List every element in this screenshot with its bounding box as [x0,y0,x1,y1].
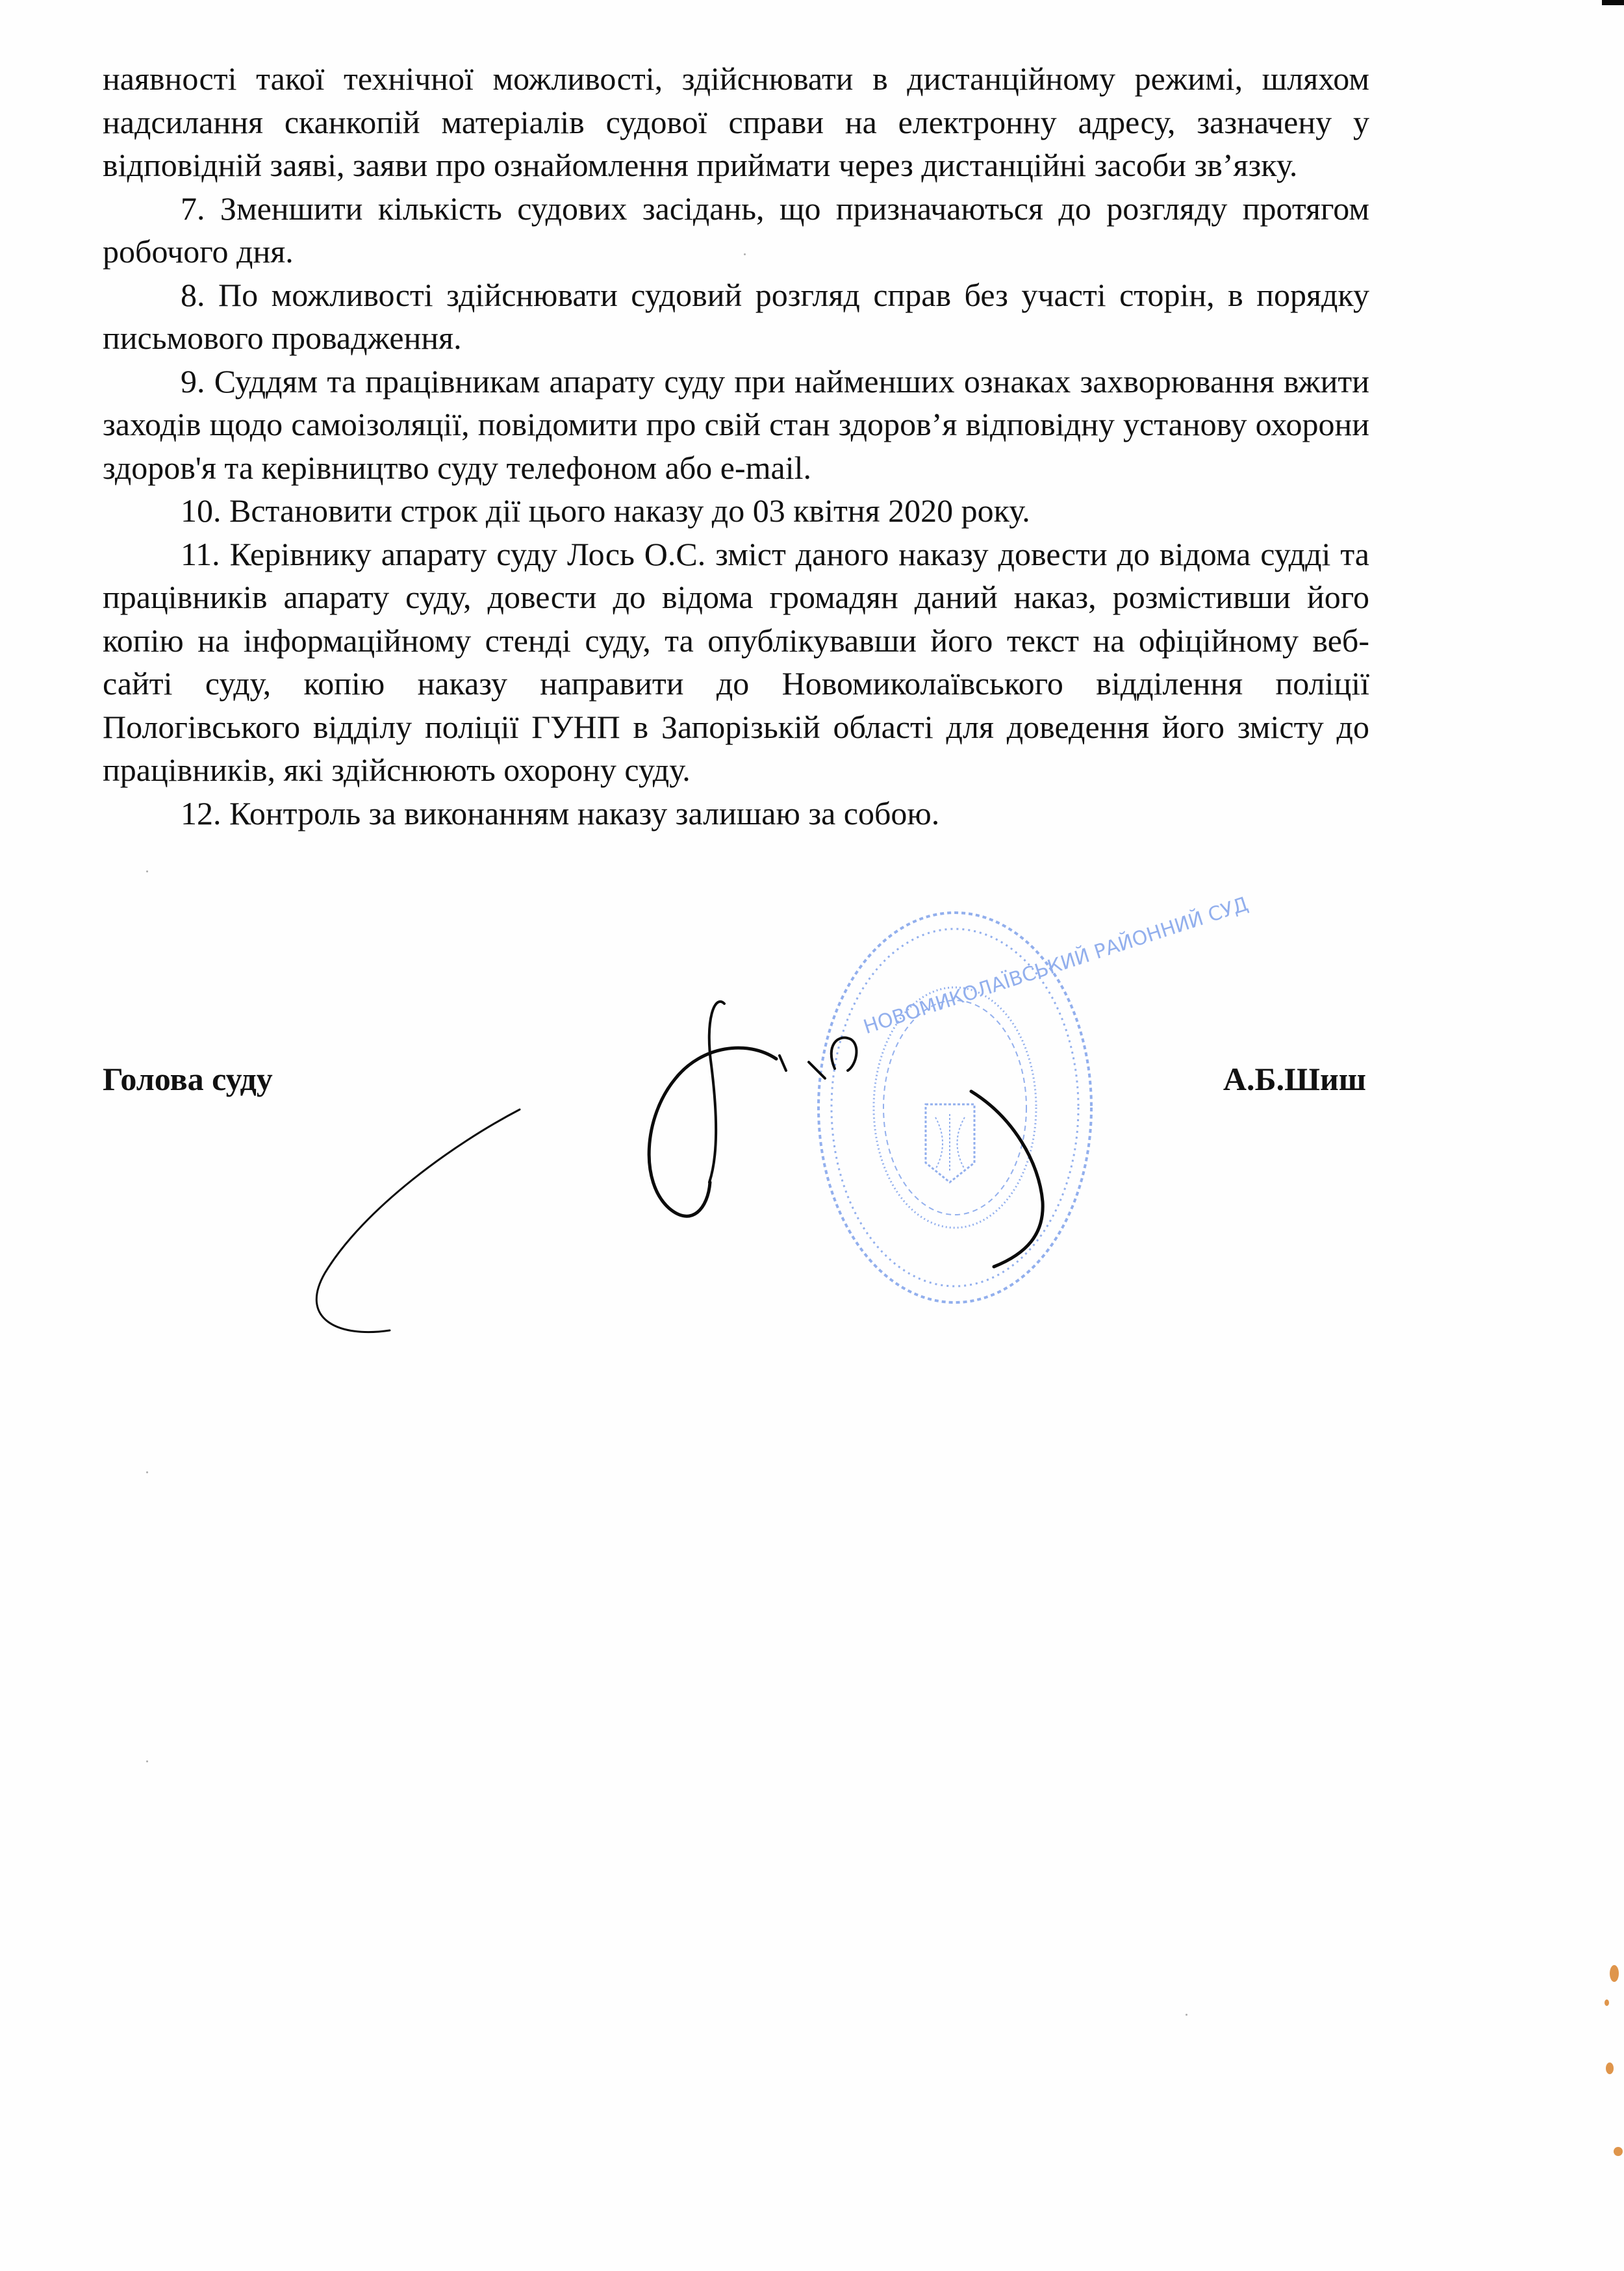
paragraph-item-8: 8. По можливості здійснювати судовий роз… [103,273,1369,360]
paragraph-item-7: 7. Зменшити кількість судових засідань, … [103,187,1369,273]
scan-stain [1606,2062,1614,2074]
scan-speck [146,1760,148,1762]
handwritten-signature-icon [316,1002,1043,1332]
scan-speck [146,1471,148,1473]
scan-stain [1614,2147,1623,2156]
paragraph-item-11: 11. Керівнику апарату суду Лось О.С. змі… [103,533,1369,792]
signature-block: Голова суду А.Б.Шиш [103,1060,1366,1106]
scanned-document-page: наявності такої технічної можливості, зд… [0,0,1624,2271]
scan-speck [146,870,148,872]
scan-stain [1610,1965,1619,1982]
document-body: наявності такої технічної можливості, зд… [103,57,1369,835]
paragraph-item-10: 10. Встановити строк дії цього наказу до… [103,489,1369,533]
paragraph-item-9: 9. Суддям та працівникам апарату суду пр… [103,360,1369,490]
paragraph-item-12: 12. Контроль за виконанням наказу залиша… [103,792,1369,835]
scan-speck [744,253,746,255]
scan-stain [1605,1999,1609,2006]
paragraph-continuation: наявності такої технічної можливості, зд… [103,57,1369,187]
scan-speck [1186,2014,1187,2016]
scan-edge-mark [1602,0,1624,5]
signatory-name: А.Б.Шиш [1223,1060,1366,1098]
signatory-title: Голова суду [103,1060,273,1098]
svg-text:НОВОМИКОЛАЇВСЬКИЙ РАЙОННИЙ СУД: НОВОМИКОЛАЇВСЬКИЙ РАЙОННИЙ СУД [861,892,1251,1039]
